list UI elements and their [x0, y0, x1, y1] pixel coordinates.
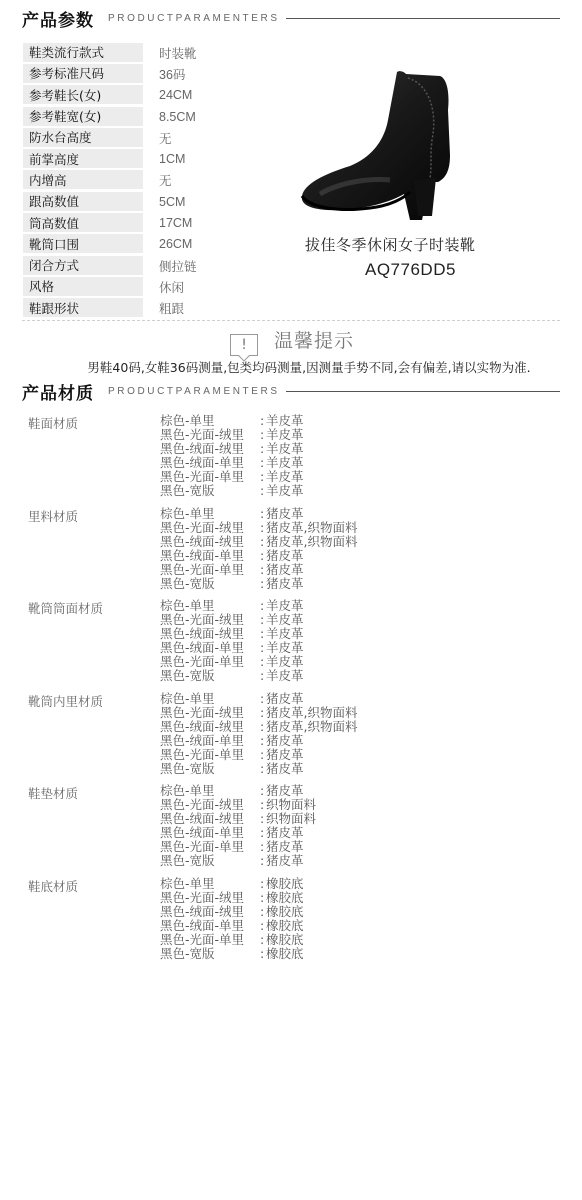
material-value: 羊皮革 [266, 484, 304, 498]
material-value: 猪皮革 [266, 549, 304, 563]
param-label: 风格 [23, 277, 143, 297]
material-value: 羊皮革 [266, 470, 304, 484]
param-value: 休闲 [143, 278, 184, 296]
material-line: 黑色-绒面-绒里:织物面料 [160, 812, 316, 826]
material-line: 黑色-光面-单里:橡胶底 [160, 933, 304, 947]
divider [286, 18, 560, 19]
material-variant: 棕色-单里 [160, 692, 260, 706]
material-variant: 黑色-绒面-绒里 [160, 442, 260, 456]
material-label: 鞋面材质 [28, 414, 78, 432]
param-value: 8.5CM [143, 110, 196, 124]
material-lines: 棕色-单里:猪皮革黑色-光面-绒里:猪皮革,织物面料黑色-绒面-绒里:猪皮革,织… [160, 692, 357, 776]
material-value: 猪皮革 [266, 854, 304, 868]
material-line: 黑色-光面-绒里:羊皮革 [160, 428, 304, 442]
material-line: 黑色-绒面-单里:羊皮革 [160, 641, 304, 655]
material-line: 棕色-单里:羊皮革 [160, 414, 304, 428]
material-lines: 棕色-单里:橡胶底黑色-光面-绒里:橡胶底黑色-绒面-绒里:橡胶底黑色-绒面-单… [160, 877, 304, 961]
param-row: 靴筒口围26CM [23, 234, 273, 255]
material-line: 黑色-宽版:橡胶底 [160, 947, 304, 961]
param-label: 筒高数值 [23, 213, 143, 233]
material-value: 橡胶底 [266, 891, 304, 905]
material-line: 黑色-绒面-绒里:猪皮革,织物面料 [160, 535, 357, 549]
tip-header: ! 温馨提示 [230, 322, 354, 356]
material-line: 黑色-光面-单里:猪皮革 [160, 840, 316, 854]
material-value: 猪皮革 [266, 734, 304, 748]
material-variant: 黑色-绒面-绒里 [160, 535, 260, 549]
product-name: 拔佳冬季休闲女子时装靴 [305, 234, 476, 255]
material-value: 橡胶底 [266, 877, 304, 891]
material-lines: 棕色-单里:猪皮革黑色-光面-绒里:织物面料黑色-绒面-绒里:织物面料黑色-绒面… [160, 784, 316, 868]
material-value: 猪皮革 [266, 840, 304, 854]
material-label: 靴筒内里材质 [28, 692, 103, 710]
param-value: 无 [143, 129, 172, 147]
material-value: 猪皮革,织物面料 [266, 521, 357, 535]
material-lines: 棕色-单里:猪皮革黑色-光面-绒里:猪皮革,织物面料黑色-绒面-绒里:猪皮革,织… [160, 507, 357, 591]
param-label: 鞋类流行款式 [23, 43, 143, 63]
material-line: 黑色-绒面-绒里:橡胶底 [160, 905, 304, 919]
material-group: 鞋底材质棕色-单里:橡胶底黑色-光面-绒里:橡胶底黑色-绒面-绒里:橡胶底黑色-… [28, 877, 558, 970]
material-value: 羊皮革 [266, 641, 304, 655]
material-line: 黑色-绒面-绒里:羊皮革 [160, 442, 304, 456]
tip-text: 男鞋40码,女鞋36码测量,包类均码测量,因测量手势不同,会有偏差,请以实物为准… [0, 358, 582, 376]
param-label: 参考鞋宽(女) [23, 107, 143, 127]
material-line: 黑色-光面-单里:猪皮革 [160, 563, 357, 577]
boot-image [300, 70, 470, 220]
material-line: 黑色-绒面-绒里:猪皮革,织物面料 [160, 720, 357, 734]
material-variant: 黑色-光面-单里 [160, 840, 260, 854]
param-label: 防水台高度 [23, 128, 143, 148]
material-label: 鞋底材质 [28, 877, 78, 895]
param-row: 内增高无 [23, 170, 273, 191]
material-variant: 黑色-光面-单里 [160, 563, 260, 577]
material-value: 猪皮革 [266, 784, 304, 798]
material-variant: 黑色-光面-绒里 [160, 428, 260, 442]
material-variant: 黑色-光面-绒里 [160, 891, 260, 905]
material-variant: 黑色-绒面-绒里 [160, 812, 260, 826]
param-row: 防水台高度无 [23, 127, 273, 148]
param-row: 鞋类流行款式时装靴 [23, 42, 273, 63]
param-row: 鞋跟形状粗跟 [23, 298, 273, 319]
param-row: 闭合方式侧拉链 [23, 255, 273, 276]
material-value: 橡胶底 [266, 919, 304, 933]
material-variant: 黑色-绒面-绒里 [160, 627, 260, 641]
param-value: 17CM [143, 216, 192, 230]
material-variant: 黑色-宽版 [160, 762, 260, 776]
material-line: 黑色-宽版:羊皮革 [160, 484, 304, 498]
material-variant: 黑色-绒面-绒里 [160, 720, 260, 734]
material-line: 黑色-光面-绒里:织物面料 [160, 798, 316, 812]
param-label: 靴筒口围 [23, 234, 143, 254]
material-variant: 棕色-单里 [160, 877, 260, 891]
material-line: 黑色-光面-绒里:猪皮革,织物面料 [160, 706, 357, 720]
material-variant: 黑色-宽版 [160, 669, 260, 683]
product-code: AQ776DD5 [365, 260, 456, 280]
param-label: 跟高数值 [23, 192, 143, 212]
product-panel: 拔佳冬季休闲女子时装靴 AQ776DD5 [290, 50, 560, 290]
material-label: 里料材质 [28, 507, 78, 525]
material-line: 黑色-宽版:猪皮革 [160, 577, 357, 591]
material-line: 棕色-单里:猪皮革 [160, 507, 357, 521]
param-row: 参考鞋长(女)24CM [23, 85, 273, 106]
section-header-params: 产品参数 PRODUCTPARAMENTERS [22, 5, 560, 31]
material-variant: 黑色-光面-单里 [160, 933, 260, 947]
material-label: 靴筒筒面材质 [28, 599, 103, 617]
material-line: 棕色-单里:橡胶底 [160, 877, 304, 891]
material-line: 棕色-单里:猪皮革 [160, 692, 357, 706]
material-variant: 黑色-绒面-绒里 [160, 905, 260, 919]
material-value: 羊皮革 [266, 599, 304, 613]
material-value: 羊皮革 [266, 414, 304, 428]
material-lines: 棕色-单里:羊皮革黑色-光面-绒里:羊皮革黑色-绒面-绒里:羊皮革黑色-绒面-单… [160, 599, 304, 683]
material-label: 鞋垫材质 [28, 784, 78, 802]
material-variant: 黑色-绒面-单里 [160, 456, 260, 470]
param-value: 1CM [143, 152, 185, 166]
param-row: 筒高数值17CM [23, 212, 273, 233]
param-value: 侧拉链 [143, 257, 197, 275]
material-value: 羊皮革 [266, 442, 304, 456]
material-value: 橡胶底 [266, 933, 304, 947]
material-line: 黑色-光面-单里:羊皮革 [160, 655, 304, 669]
material-group: 靴筒内里材质棕色-单里:猪皮革黑色-光面-绒里:猪皮革,织物面料黑色-绒面-绒里… [28, 692, 558, 785]
material-value: 羊皮革 [266, 627, 304, 641]
param-label: 参考标准尺码 [23, 64, 143, 84]
param-value: 粗跟 [143, 299, 184, 317]
material-value: 羊皮革 [266, 669, 304, 683]
material-value: 羊皮革 [266, 655, 304, 669]
material-value: 猪皮革 [266, 692, 304, 706]
material-variant: 黑色-宽版 [160, 854, 260, 868]
param-value: 36码 [143, 65, 185, 83]
param-row: 前掌高度1CM [23, 148, 273, 169]
param-row: 参考标准尺码36码 [23, 63, 273, 84]
material-line: 黑色-宽版:羊皮革 [160, 669, 304, 683]
material-variant: 黑色-绒面-单里 [160, 919, 260, 933]
param-row: 参考鞋宽(女)8.5CM [23, 106, 273, 127]
param-row: 跟高数值5CM [23, 191, 273, 212]
material-value: 猪皮革 [266, 748, 304, 762]
material-variant: 黑色-绒面-单里 [160, 549, 260, 563]
section-subtitle: PRODUCTPARAMENTERS [108, 386, 280, 397]
material-variant: 黑色-光面-单里 [160, 748, 260, 762]
material-line: 黑色-绒面-绒里:羊皮革 [160, 627, 304, 641]
material-line: 黑色-宽版:猪皮革 [160, 762, 357, 776]
material-line: 黑色-光面-绒里:羊皮革 [160, 613, 304, 627]
material-line: 黑色-光面-绒里:橡胶底 [160, 891, 304, 905]
material-line: 黑色-光面-绒里:猪皮革,织物面料 [160, 521, 357, 535]
param-label: 参考鞋长(女) [23, 85, 143, 105]
material-variant: 黑色-光面-单里 [160, 470, 260, 484]
material-value: 猪皮革 [266, 563, 304, 577]
material-variant: 黑色-绒面-单里 [160, 734, 260, 748]
material-line: 黑色-光面-单里:羊皮革 [160, 470, 304, 484]
material-value: 猪皮革,织物面料 [266, 720, 357, 734]
material-variant: 棕色-单里 [160, 599, 260, 613]
material-value: 羊皮革 [266, 613, 304, 627]
material-value: 猪皮革 [266, 507, 304, 521]
material-variant: 棕色-单里 [160, 784, 260, 798]
material-variant: 黑色-光面-单里 [160, 655, 260, 669]
material-variant: 黑色-宽版 [160, 577, 260, 591]
material-line: 黑色-光面-单里:猪皮革 [160, 748, 357, 762]
materials-list: 鞋面材质棕色-单里:羊皮革黑色-光面-绒里:羊皮革黑色-绒面-绒里:羊皮革黑色-… [28, 414, 558, 969]
material-value: 织物面料 [266, 812, 316, 826]
material-line: 黑色-宽版:猪皮革 [160, 854, 316, 868]
section-title: 产品材质 [22, 379, 94, 404]
exclamation-speech-bubble-icon: ! [230, 334, 258, 356]
material-line: 棕色-单里:猪皮革 [160, 784, 316, 798]
param-value: 26CM [143, 237, 192, 251]
params-table: 鞋类流行款式时装靴 参考标准尺码36码 参考鞋长(女)24CM 参考鞋宽(女)8… [23, 42, 273, 319]
param-value: 5CM [143, 195, 185, 209]
material-variant: 棕色-单里 [160, 507, 260, 521]
material-variant: 黑色-光面-绒里 [160, 521, 260, 535]
material-value: 橡胶底 [266, 947, 304, 961]
material-line: 棕色-单里:羊皮革 [160, 599, 304, 613]
dashed-divider [22, 320, 560, 321]
material-group: 鞋垫材质棕色-单里:猪皮革黑色-光面-绒里:织物面料黑色-绒面-绒里:织物面料黑… [28, 784, 558, 877]
material-variant: 黑色-光面-绒里 [160, 706, 260, 720]
material-value: 羊皮革 [266, 456, 304, 470]
section-subtitle: PRODUCTPARAMENTERS [108, 13, 280, 24]
material-lines: 棕色-单里:羊皮革黑色-光面-绒里:羊皮革黑色-绒面-绒里:羊皮革黑色-绒面-单… [160, 414, 304, 498]
param-label: 内增高 [23, 170, 143, 190]
material-value: 猪皮革 [266, 826, 304, 840]
material-variant: 黑色-宽版 [160, 484, 260, 498]
param-label: 闭合方式 [23, 256, 143, 276]
material-group: 鞋面材质棕色-单里:羊皮革黑色-光面-绒里:羊皮革黑色-绒面-绒里:羊皮革黑色-… [28, 414, 558, 507]
material-variant: 棕色-单里 [160, 414, 260, 428]
material-line: 黑色-绒面-单里:猪皮革 [160, 826, 316, 840]
param-label: 前掌高度 [23, 149, 143, 169]
material-value: 猪皮革,织物面料 [266, 706, 357, 720]
material-value: 橡胶底 [266, 905, 304, 919]
param-value: 无 [143, 171, 172, 189]
material-variant: 黑色-绒面-单里 [160, 641, 260, 655]
material-variant: 黑色-光面-绒里 [160, 613, 260, 627]
param-row: 风格休闲 [23, 276, 273, 297]
material-line: 黑色-绒面-单里:猪皮革 [160, 549, 357, 563]
param-value: 时装靴 [143, 44, 197, 62]
material-variant: 黑色-绒面-单里 [160, 826, 260, 840]
section-title: 产品参数 [22, 6, 94, 31]
material-value: 猪皮革 [266, 577, 304, 591]
material-value: 羊皮革 [266, 428, 304, 442]
divider [286, 391, 560, 392]
material-line: 黑色-绒面-单里:羊皮革 [160, 456, 304, 470]
section-header-materials: 产品材质 PRODUCTPARAMENTERS [22, 378, 560, 404]
material-value: 猪皮革,织物面料 [266, 535, 357, 549]
material-value: 猪皮革 [266, 762, 304, 776]
material-line: 黑色-绒面-单里:猪皮革 [160, 734, 357, 748]
material-group: 靴筒筒面材质棕色-单里:羊皮革黑色-光面-绒里:羊皮革黑色-绒面-绒里:羊皮革黑… [28, 599, 558, 692]
param-value: 24CM [143, 88, 192, 102]
material-value: 织物面料 [266, 798, 316, 812]
material-variant: 黑色-宽版 [160, 947, 260, 961]
tip-title: 温馨提示 [274, 326, 354, 353]
param-label: 鞋跟形状 [23, 298, 143, 318]
material-line: 黑色-绒面-单里:橡胶底 [160, 919, 304, 933]
material-group: 里料材质棕色-单里:猪皮革黑色-光面-绒里:猪皮革,织物面料黑色-绒面-绒里:猪… [28, 507, 558, 600]
material-variant: 黑色-光面-绒里 [160, 798, 260, 812]
